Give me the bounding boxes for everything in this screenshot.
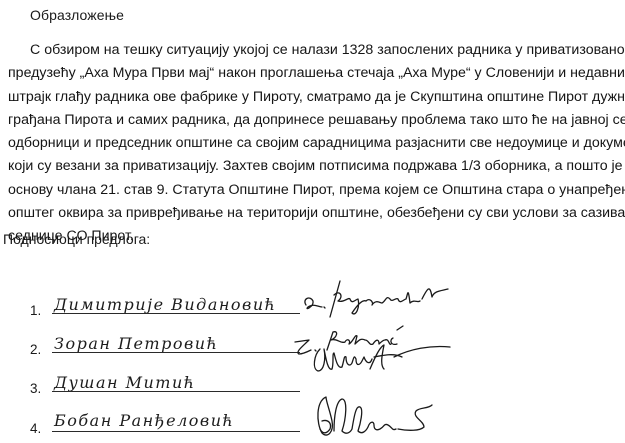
- paragraph-line: који су везани за приватизацију. Захтев …: [8, 155, 622, 178]
- signer-name: Бобан Ранђеловић: [54, 411, 234, 430]
- signature-line: [52, 313, 300, 314]
- paragraph-line: општег оквира за привређивање на територ…: [8, 202, 622, 225]
- explanation-paragraph: С обзиром на тешку ситуацију укојој се н…: [8, 39, 622, 249]
- paragraph-line: основу члана 21. став 9. Статута Општине…: [8, 179, 622, 202]
- signature-line: [52, 391, 300, 392]
- signer-name: Душан Митић: [54, 373, 196, 392]
- document-heading: Образложење: [30, 7, 124, 23]
- paragraph-line: предузећу „Аха Мура Први мај“ након прог…: [8, 62, 622, 85]
- signature-4: [312, 391, 472, 443]
- signer-number: 4.: [30, 421, 41, 436]
- signer-name: Димитрије Видановић: [54, 295, 276, 314]
- signer-number: 2.: [30, 342, 41, 357]
- signature-3: [310, 335, 480, 387]
- paragraph-line: штрајк глађу радника ове фабрике у Пирот…: [8, 86, 622, 109]
- signature-line: [52, 431, 300, 432]
- signer-number: 3.: [30, 381, 41, 396]
- document-page: Образложење С обзиром на тешку ситуацију…: [0, 0, 625, 443]
- signature-line: [52, 352, 300, 353]
- signer-number: 1.: [30, 303, 41, 318]
- signer-name: Зоран Петровић: [54, 334, 218, 353]
- signer-row: 4. Бобан Ранђеловић: [0, 403, 625, 443]
- signature-1: [300, 277, 480, 319]
- submitters-label: Подносиоци предлога:: [3, 231, 150, 247]
- paragraph-line: грађана Пирота и самих радника, да допри…: [8, 109, 622, 132]
- paragraph-line: С обзиром на тешку ситуацију укојој се н…: [8, 39, 622, 62]
- paragraph-line: одборници и председник општине са својим…: [8, 132, 622, 155]
